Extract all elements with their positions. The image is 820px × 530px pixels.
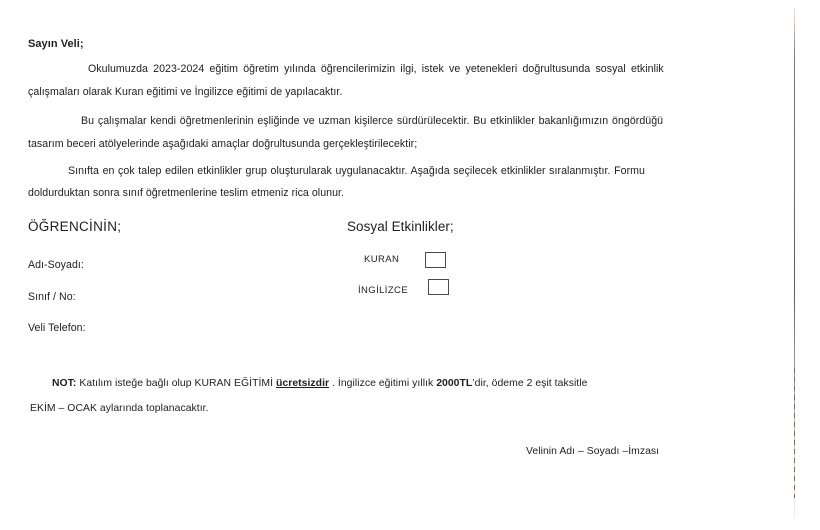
student-section-heading: ÖĞRENCİNİN; (28, 219, 121, 234)
note-text-3: ’dir, ödeme 2 eşit taksitle (472, 378, 587, 389)
option-ingilizce-label: İNGİLİZCE (358, 285, 408, 296)
paragraph-2-line-2: tasarım beceri atölyelerinde aşağıdaki a… (28, 138, 417, 150)
field-class-number: Sınıf / No: (28, 291, 76, 303)
note-free-word: ücretsizdir (276, 378, 329, 389)
paragraph-3-line-2: doldurduktan sonra sınıf öğretmenlerine … (28, 187, 344, 199)
field-parent-phone: Veli Telefon: (28, 322, 86, 334)
greeting: Sayın Veli; (28, 38, 84, 50)
note-line-2: EKİM – OCAK aylarında toplanacaktır. (30, 403, 209, 414)
checkbox-kuran[interactable] (425, 252, 446, 268)
document-page: Sayın Veli; Okulumuzda 2023-2024 eğitim … (0, 0, 820, 530)
field-name-surname: Adı-Soyadı: (28, 259, 84, 271)
activities-section-heading: Sosyal Etkinlikler; (347, 219, 454, 234)
option-kuran-label: KURAN (364, 254, 399, 265)
checkbox-ingilizce[interactable] (428, 279, 449, 295)
page-edge-dashed-line (794, 368, 795, 498)
paragraph-1-line-1: Okulumuzda 2023-2024 eğitim öğretim yılı… (88, 63, 664, 75)
note-text-1: Katılım isteğe bağlı olup KURAN EĞİTİMİ (76, 378, 276, 389)
note-prefix: NOT: (52, 378, 76, 389)
note-price: 2000TL (436, 378, 472, 389)
signature-label: Velinin Adı – Soyadı –İmzası (526, 446, 659, 457)
note-line-1: NOT: Katılım isteğe bağlı olup KURAN EĞİ… (52, 378, 587, 389)
paragraph-2-line-1: Bu çalışmalar kendi öğretmenlerinin eşli… (81, 115, 663, 127)
note-text-2: . İngilizce eğitimi yıllık (329, 378, 436, 389)
paragraph-1-line-2: çalışmaları olarak Kuran eğitimi ve İngi… (28, 86, 342, 98)
paragraph-3-line-1: Sınıfta en çok talep edilen etkinlikler … (68, 165, 645, 177)
